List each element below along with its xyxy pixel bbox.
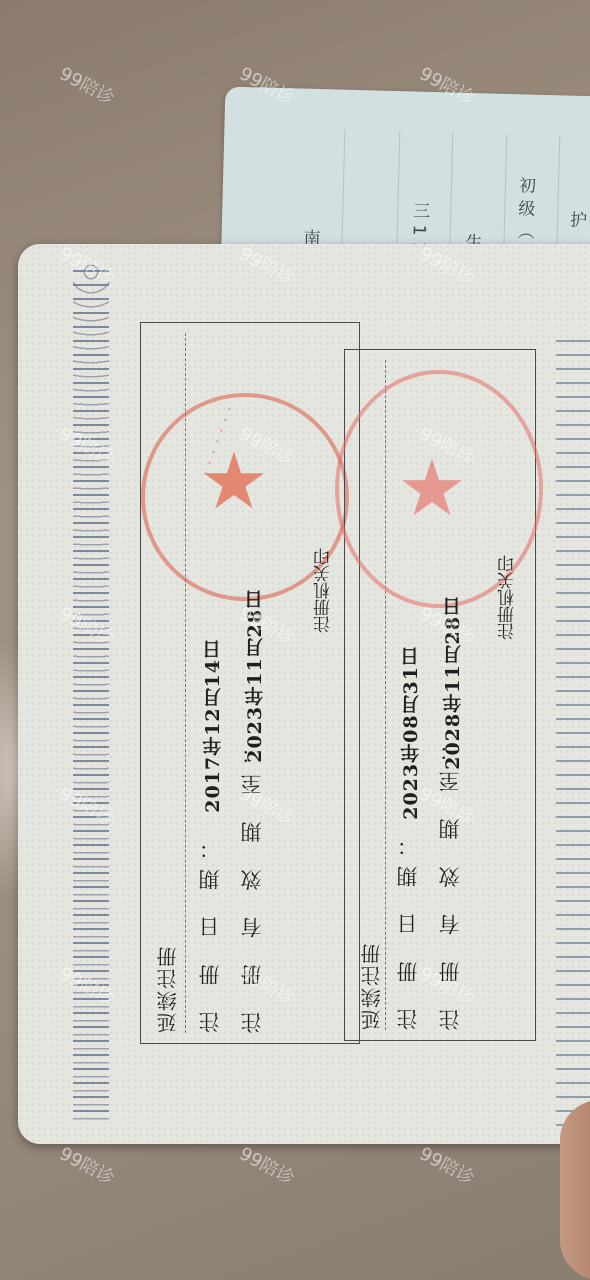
registration-date-label: 注 册 日 期： [195,828,225,1033]
valid-until-label: 注 册 有 效 期 至： [435,730,465,1030]
renewal-panel-1: · · · · · · · ★ 延续注册 注 册 日 期： 2017年12月14… [140,322,360,1044]
valid-until-date: 2028年11月28日 [439,596,466,770]
seal-star-icon: ★ [199,443,269,521]
registration-date: 2017年12月14日 [199,639,226,813]
renewal-title: 延续注册 [153,945,182,1033]
watermark: 99陪诊 [415,1140,479,1191]
seal-star-icon: ★ [397,450,467,528]
watermark: 99陪诊 [55,60,119,111]
valid-until-label: 注 册 有 效 期 至： [237,733,267,1033]
renewal-panel-2: ★ 延续注册 注 册 日 期： 2023年08月31日 注 册 有 效 期 至：… [344,349,536,1041]
seal-label: 注册机关印 [495,555,520,640]
seal-label: 注册机关印 [311,548,336,633]
watermark: 99陪诊 [55,1140,119,1191]
registration-date: 2023年08月31日 [397,646,424,820]
finger [560,1100,590,1280]
guilloche-border-left [73,264,109,1124]
watermark: 99陪诊 [235,1140,299,1191]
certificate-page: · · · · · · · ★ 延续注册 注 册 日 期： 2017年12月14… [18,244,590,1144]
registration-date-label: 注 册 日 期： [393,825,423,1030]
guilloche-border-right [556,334,590,1134]
valid-until-date: 2023年11月28日 [241,589,268,763]
renewal-title: 延续注册 [357,942,386,1030]
